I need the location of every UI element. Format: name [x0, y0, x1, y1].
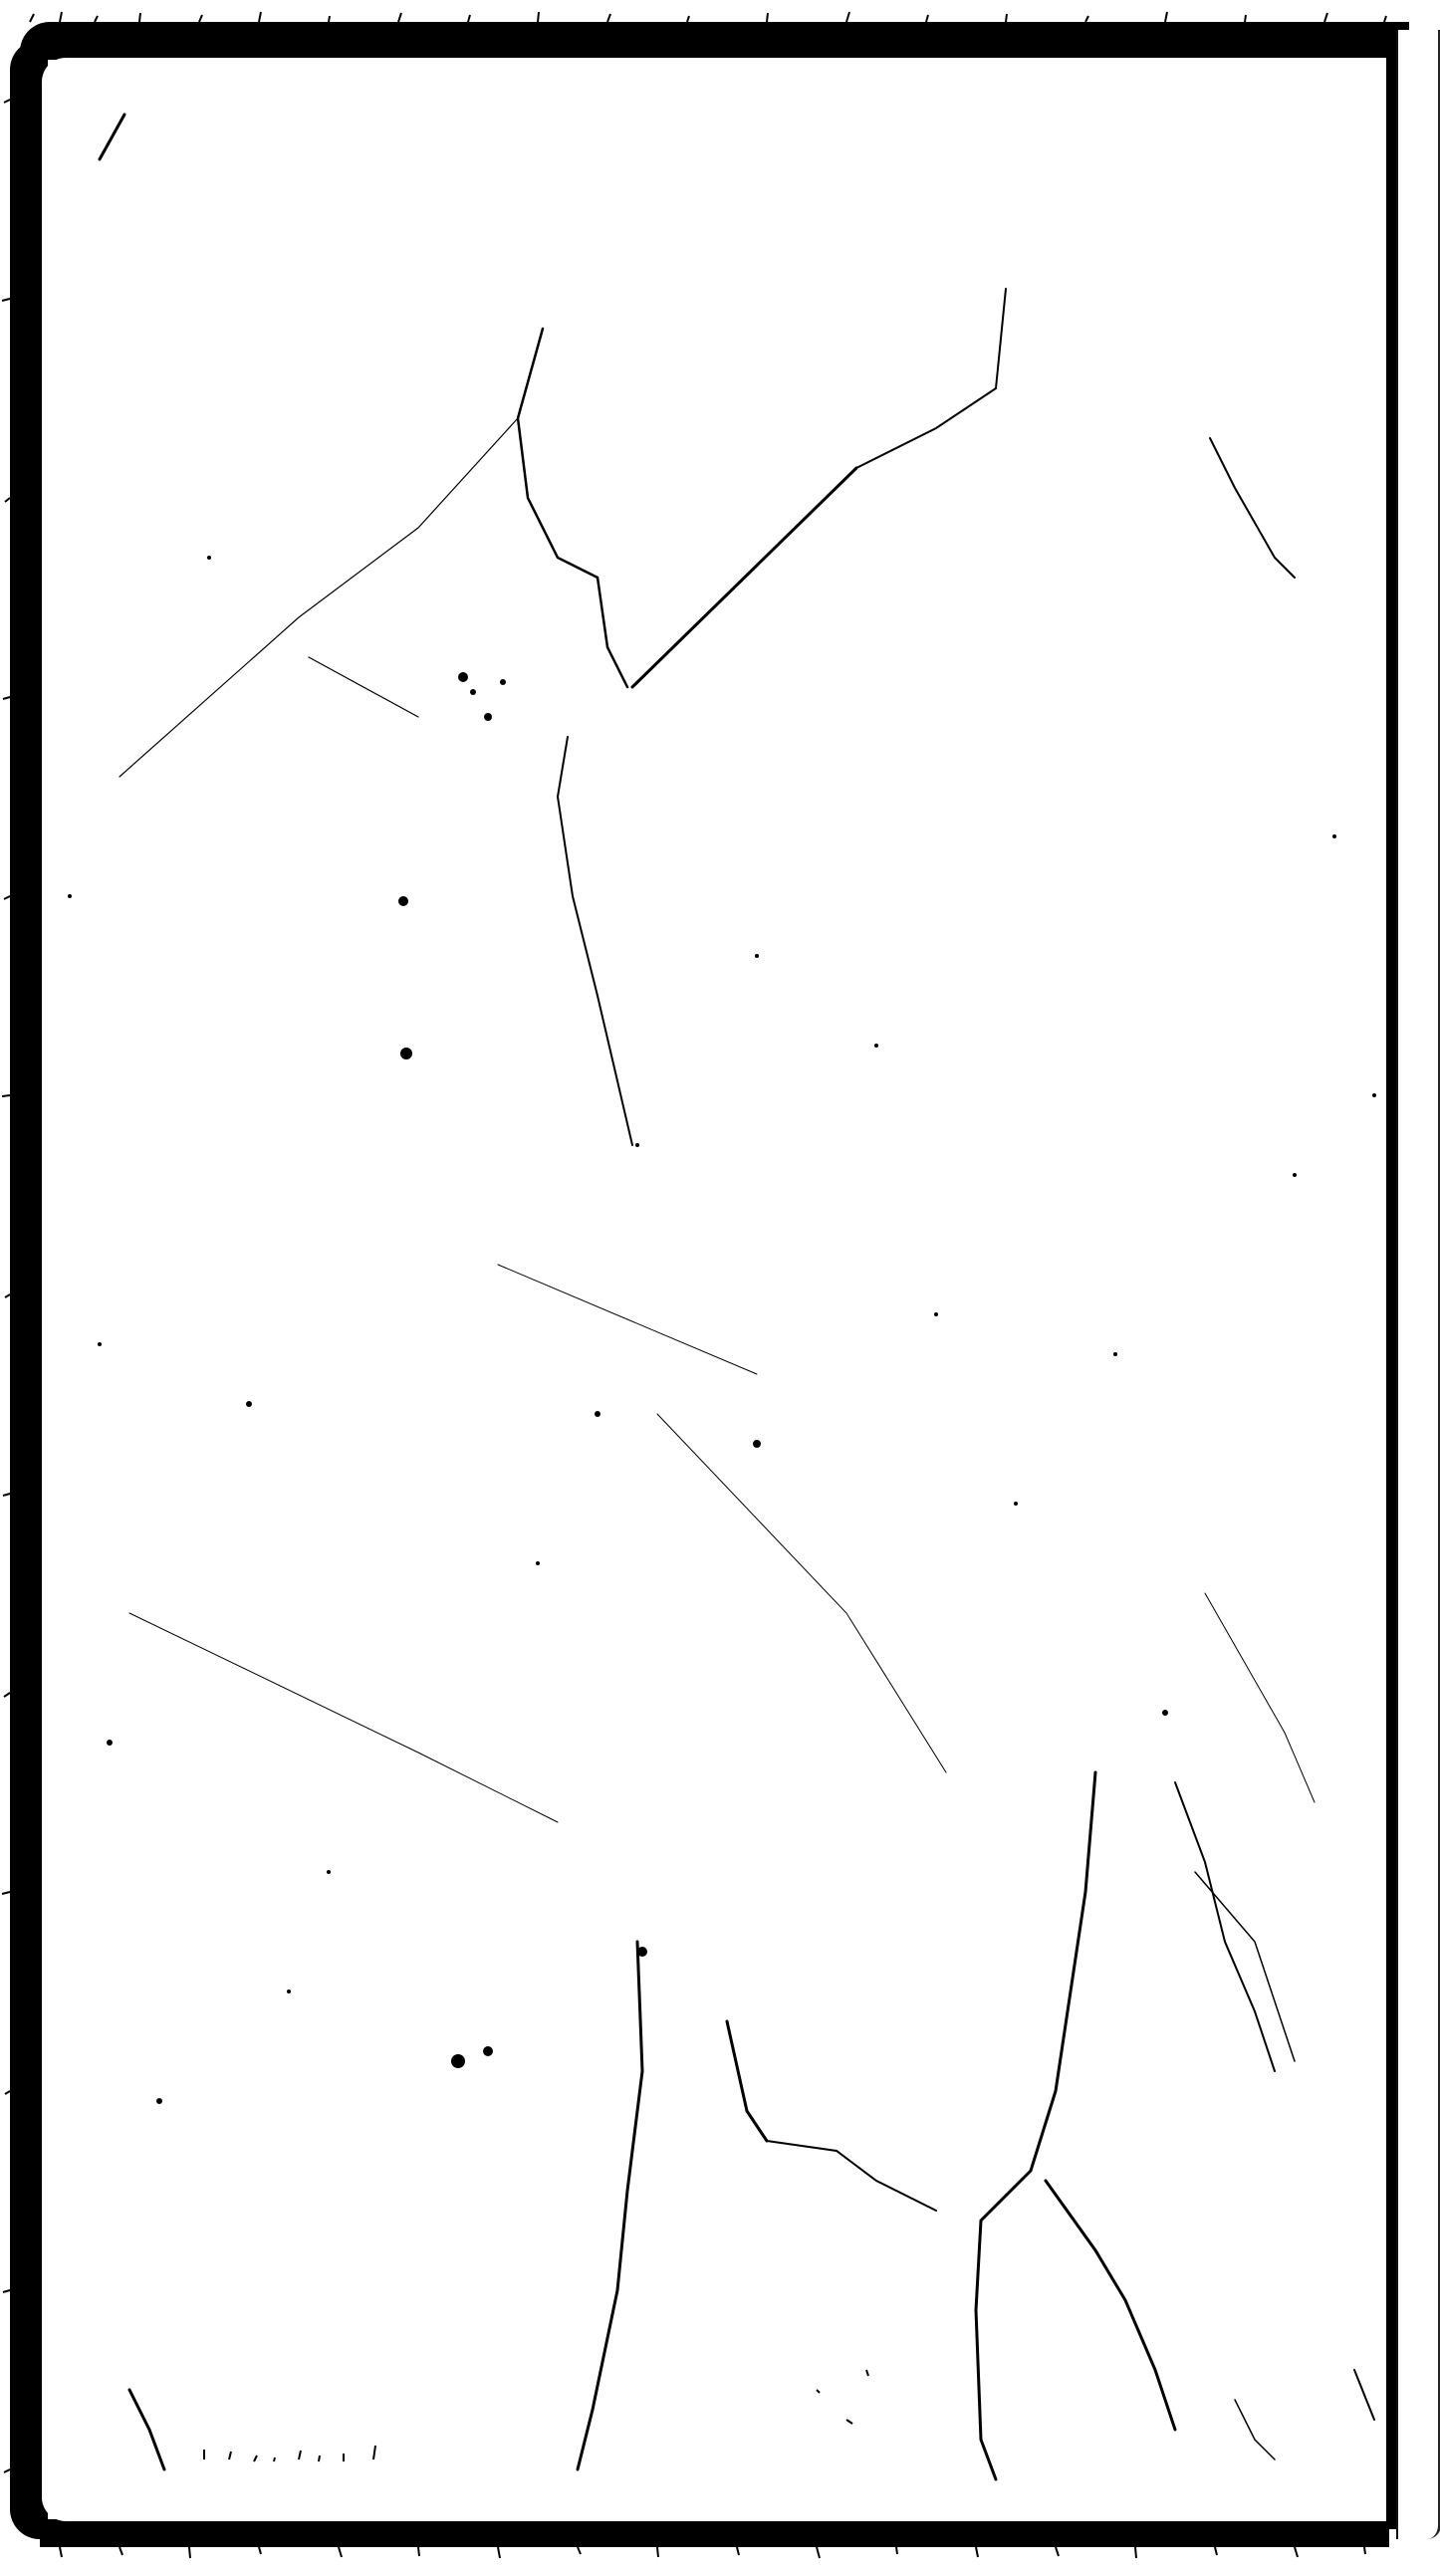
faint-marks	[204, 2370, 868, 2461]
border-fringe	[2, 12, 1386, 2558]
scanned-page	[0, 0, 1440, 2576]
ink-specks	[68, 556, 1376, 2104]
scan-artifacts	[0, 0, 1440, 2576]
crack-lines	[100, 115, 1374, 2479]
